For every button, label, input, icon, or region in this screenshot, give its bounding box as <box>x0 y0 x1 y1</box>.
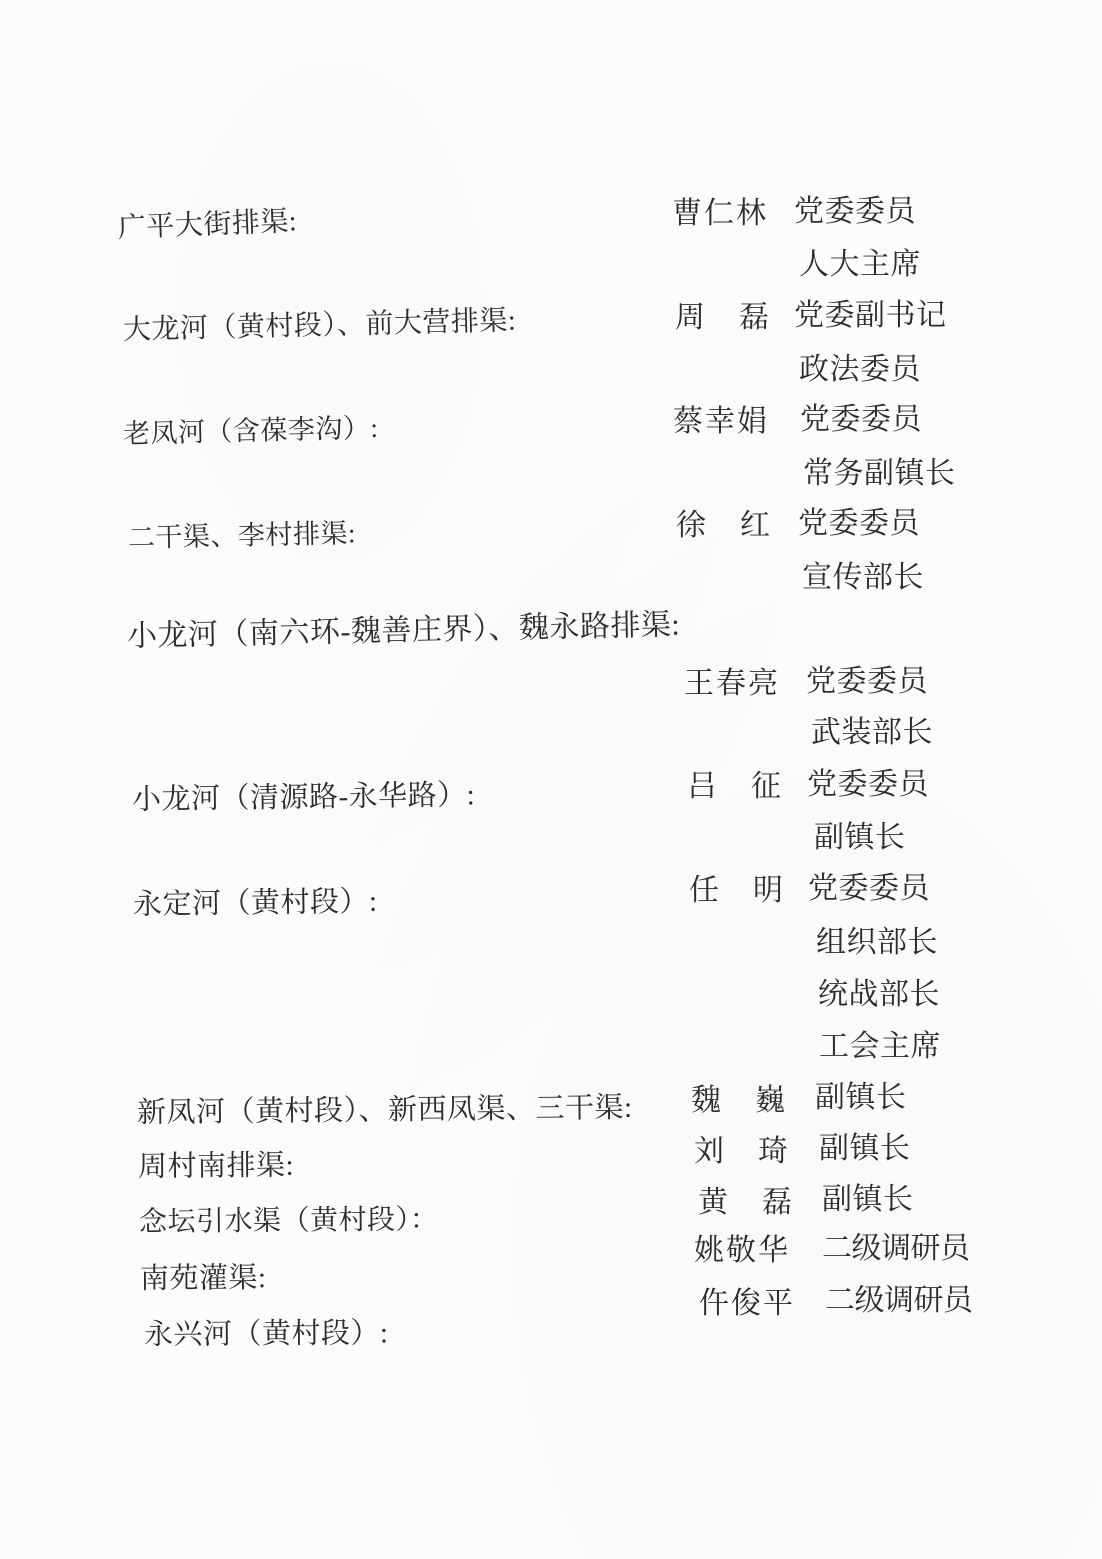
official-title-line: 人大主席 <box>799 250 921 280</box>
channel-label: 老凤河（含葆李沟）: <box>123 415 379 448</box>
official-name: 仵俊平 <box>699 1289 795 1319</box>
channel-label: 永兴河（黄村段）: <box>144 1319 389 1350</box>
official-title-line: 副镇长 <box>815 1083 907 1113</box>
official-name: 姚敬华 <box>694 1236 790 1266</box>
channel-label: 大龙河（黄村段）、前大营排渠: <box>123 307 517 345</box>
official-name: 周 磊 <box>675 303 771 333</box>
official-name: 徐 红 <box>676 511 772 541</box>
official-name: 刘 琦 <box>694 1137 790 1167</box>
official-name: 任 明 <box>689 876 785 906</box>
official-name: 蔡幸娟 <box>673 407 769 437</box>
official-title-line: 党委委员 <box>806 667 928 697</box>
channel-label: 永定河（黄村段）: <box>133 888 378 920</box>
official-name: 黄 磊 <box>698 1188 794 1218</box>
official-name: 王春亮 <box>684 669 780 699</box>
official-title-line: 政法委员 <box>799 355 921 385</box>
official-title-line: 统战部长 <box>818 980 940 1010</box>
official-title-line: 宣传部长 <box>802 563 924 593</box>
channel-label: 新凤河（黄村段）、新西凤渠、三干渠: <box>137 1094 633 1128</box>
official-title-line: 工会主席 <box>819 1032 941 1062</box>
channel-label: 二干渠、李村排渠: <box>128 520 357 552</box>
official-name: 吕 征 <box>687 772 783 802</box>
channel-label: 小龙河（清源路-永华路）: <box>132 781 476 815</box>
document-page: 广平大街排渠: 曹仁林 党委委员 人大主席 大龙河（黄村段）、前大营排渠: 周 … <box>0 0 1102 1559</box>
official-name: 魏 巍 <box>691 1086 787 1116</box>
official-title-line: 党委委员 <box>798 509 920 539</box>
official-title-line: 二级调研员 <box>822 1234 970 1264</box>
official-name: 曹仁林 <box>672 199 768 229</box>
official-title-line: 党委委员 <box>808 874 930 904</box>
official-title-line: 党委委员 <box>800 405 922 435</box>
channel-label: 南苑灌渠: <box>140 1264 267 1294</box>
official-title-line: 党委委员 <box>794 197 916 227</box>
channel-label: 周村南排渠: <box>138 1152 294 1182</box>
channel-label: 念坛引水渠（黄村段）： <box>139 1206 439 1237</box>
official-title-line: 常务副镇长 <box>803 459 956 489</box>
official-title-line: 副镇长 <box>814 823 906 853</box>
channel-label: 广平大街排渠: <box>117 208 297 243</box>
official-title-line: 党委委员 <box>807 770 929 800</box>
channel-label: 小龙河（南六环-魏善庄界）、魏永路排渠: <box>127 610 681 652</box>
official-title-line: 二级调研员 <box>825 1286 973 1316</box>
official-title-line: 副镇长 <box>819 1134 911 1164</box>
official-title-line: 副镇长 <box>822 1185 914 1215</box>
official-title-line: 武装部长 <box>811 718 933 748</box>
official-title-line: 组织部长 <box>816 928 938 958</box>
official-title-line: 党委副书记 <box>794 301 947 331</box>
